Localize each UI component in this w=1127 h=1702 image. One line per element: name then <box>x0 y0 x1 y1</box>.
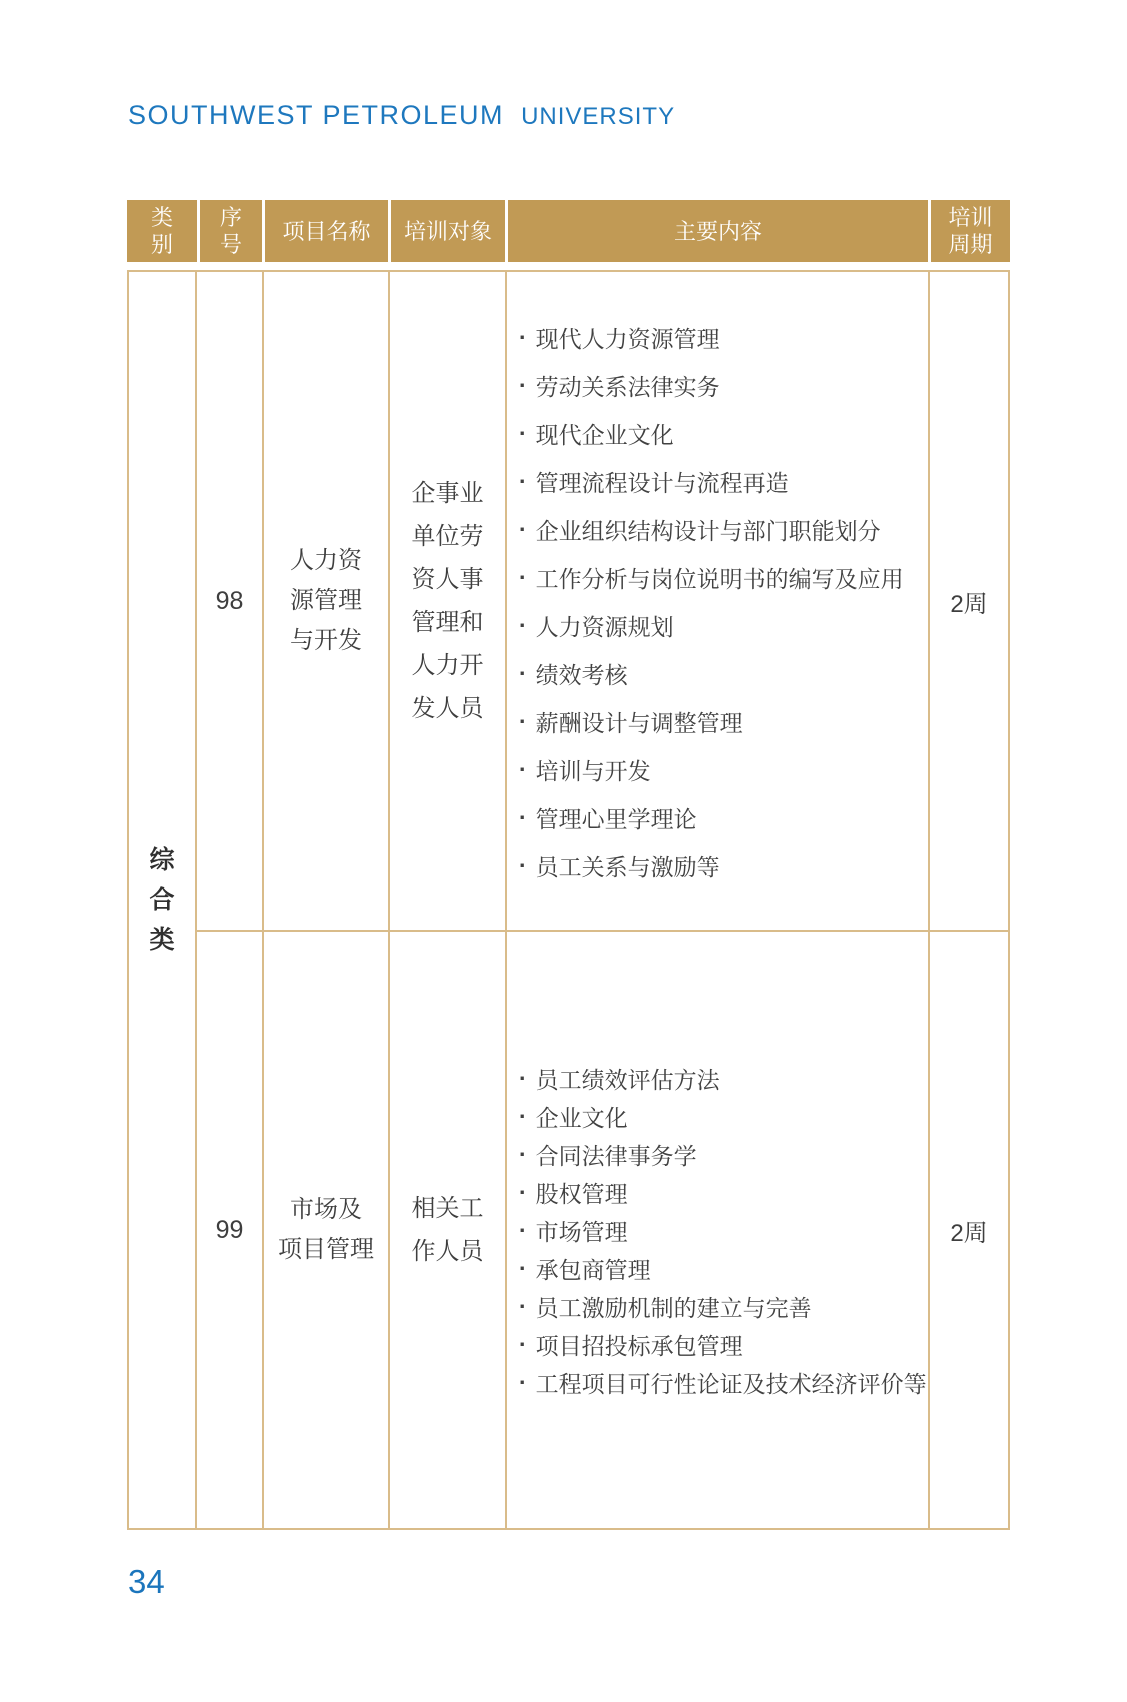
bullet-dot-icon: · <box>519 372 527 399</box>
page-number: 34 <box>128 1563 165 1601</box>
university-name-suffix: UNIVERSITY <box>521 103 675 130</box>
bullet-text: 绩效考核 <box>536 657 628 690</box>
audience-cell: 企事业 单位劳 资人事 管理和 人力开 发人员 <box>388 272 505 930</box>
header-main-content: 主要内容 <box>505 200 928 262</box>
bullet-dot-icon: · <box>519 612 527 639</box>
bullet-dot-icon: · <box>519 1293 527 1320</box>
content-bullet-item: ·现代企业文化 <box>519 409 674 457</box>
bullet-text: 现代企业文化 <box>536 417 674 450</box>
bullet-dot-icon: · <box>519 1331 527 1358</box>
bullet-text: 市场管理 <box>536 1214 628 1247</box>
bullet-dot-icon: · <box>519 1179 527 1206</box>
header-project-name: 项目名称 <box>262 200 388 262</box>
content-bullet-item: ·企业文化 <box>519 1097 628 1135</box>
content-bullet-item: ·股权管理 <box>519 1173 628 1211</box>
bullet-dot-icon: · <box>519 1255 527 1282</box>
bullet-text: 企业组织结构设计与部门职能划分 <box>536 513 881 546</box>
project-name-cell: 人力资 源管理 与开发 <box>262 272 388 930</box>
bullet-text: 员工激励机制的建立与完善 <box>536 1290 812 1323</box>
content-bullet-item: ·人力资源规划 <box>519 601 674 649</box>
bullet-dot-icon: · <box>519 1141 527 1168</box>
period-cell: 2周 <box>928 932 1008 1528</box>
content-bullet-item: ·合同法律事务学 <box>519 1135 697 1173</box>
content-bullet-item: ·薪酬设计与调整管理 <box>519 697 743 745</box>
bullet-text: 员工关系与激励等 <box>536 849 720 882</box>
content-bullet-item: ·管理流程设计与流程再造 <box>519 457 789 505</box>
bullet-dot-icon: · <box>519 708 527 735</box>
category-cell: 综合类 <box>129 272 197 1528</box>
bullet-text: 现代人力资源管理 <box>536 321 720 354</box>
bullet-dot-icon: · <box>519 804 527 831</box>
header-period: 培训 周期 <box>928 200 1010 262</box>
bullet-text: 项目招投标承包管理 <box>536 1328 743 1361</box>
bullet-dot-icon: · <box>519 1369 527 1396</box>
bullet-dot-icon: · <box>519 756 527 783</box>
university-title: SOUTHWEST PETROLEUM UNIVERSITY <box>128 100 675 131</box>
content-bullet-item: ·项目招投标承包管理 <box>519 1325 743 1363</box>
content-bullet-item: ·工程项目可行性论证及技术经济评价等 <box>519 1363 927 1401</box>
bullet-text: 培训与开发 <box>536 753 651 786</box>
content-bullet-item: ·绩效考核 <box>519 649 628 697</box>
bullet-text: 承包商管理 <box>536 1252 651 1285</box>
content-bullet-item: ·企业组织结构设计与部门职能划分 <box>519 505 881 553</box>
content-bullet-item: ·管理心里学理论 <box>519 793 697 841</box>
row-number: 99 <box>197 932 262 1528</box>
university-name: SOUTHWEST PETROLEUM <box>128 100 504 130</box>
bullet-dot-icon: · <box>519 468 527 495</box>
bullet-text: 人力资源规划 <box>536 609 674 642</box>
bullet-text: 管理心里学理论 <box>536 801 697 834</box>
header-audience: 培训对象 <box>388 200 505 262</box>
bullet-dot-icon: · <box>519 564 527 591</box>
bullet-dot-icon: · <box>519 852 527 879</box>
bullet-text: 员工绩效评估方法 <box>536 1062 720 1095</box>
bullet-text: 工作分析与岗位说明书的编写及应用 <box>536 561 904 594</box>
bullet-text: 工程项目可行性论证及技术经济评价等 <box>536 1366 927 1399</box>
content-cell: ·现代人力资源管理·劳动关系法律实务·现代企业文化·管理流程设计与流程再造·企业… <box>505 272 928 930</box>
content-bullet-item: ·市场管理 <box>519 1211 628 1249</box>
content-bullet-item: ·员工关系与激励等 <box>519 841 720 889</box>
bullet-text: 合同法律事务学 <box>536 1138 697 1171</box>
table-body: 综合类 98 人力资 源管理 与开发 企事业 单位劳 资人事 管理和 人力开 发… <box>127 270 1010 1530</box>
bullet-text: 劳动关系法律实务 <box>536 369 720 402</box>
bullet-text: 薪酬设计与调整管理 <box>536 705 743 738</box>
document-page: SOUTHWEST PETROLEUM UNIVERSITY 类 别 序 号 项… <box>0 0 1127 1702</box>
project-name-cell: 市场及 项目管理 <box>262 932 388 1528</box>
bullet-dot-icon: · <box>519 516 527 543</box>
header-category: 类 别 <box>127 200 197 262</box>
content-bullet-item: ·承包商管理 <box>519 1249 651 1287</box>
content-cell: ·员工绩效评估方法·企业文化·合同法律事务学·股权管理·市场管理·承包商管理·员… <box>505 932 928 1528</box>
row-number: 98 <box>197 272 262 930</box>
content-bullet-item: ·员工绩效评估方法 <box>519 1059 720 1097</box>
table-row: 99 市场及 项目管理 相关工 作人员 ·员工绩效评估方法·企业文化·合同法律事… <box>197 930 1008 1528</box>
bullet-dot-icon: · <box>519 324 527 351</box>
table-header-row: 类 别 序 号 项目名称 培训对象 主要内容 培训 周期 <box>127 200 1010 262</box>
content-bullet-item: ·工作分析与岗位说明书的编写及应用 <box>519 553 904 601</box>
bullet-text: 企业文化 <box>536 1100 628 1133</box>
content-bullet-item: ·员工激励机制的建立与完善 <box>519 1287 812 1325</box>
bullet-dot-icon: · <box>519 1065 527 1092</box>
bullet-text: 股权管理 <box>536 1176 628 1209</box>
training-program-table: 类 别 序 号 项目名称 培训对象 主要内容 培训 周期 综合类 98 人力资 … <box>127 200 1010 1530</box>
content-bullet-item: ·培训与开发 <box>519 745 651 793</box>
bullet-dot-icon: · <box>519 420 527 447</box>
category-label: 综合类 <box>148 840 176 960</box>
bullet-dot-icon: · <box>519 660 527 687</box>
content-bullet-item: ·现代人力资源管理 <box>519 313 720 361</box>
bullet-text: 管理流程设计与流程再造 <box>536 465 789 498</box>
header-number: 序 号 <box>197 200 262 262</box>
audience-cell: 相关工 作人员 <box>388 932 505 1528</box>
bullet-dot-icon: · <box>519 1103 527 1130</box>
bullet-dot-icon: · <box>519 1217 527 1244</box>
period-cell: 2周 <box>928 272 1008 930</box>
table-row: 98 人力资 源管理 与开发 企事业 单位劳 资人事 管理和 人力开 发人员 ·… <box>197 272 1008 930</box>
table-rows: 98 人力资 源管理 与开发 企事业 单位劳 资人事 管理和 人力开 发人员 ·… <box>197 272 1008 1528</box>
content-bullet-item: ·劳动关系法律实务 <box>519 361 720 409</box>
